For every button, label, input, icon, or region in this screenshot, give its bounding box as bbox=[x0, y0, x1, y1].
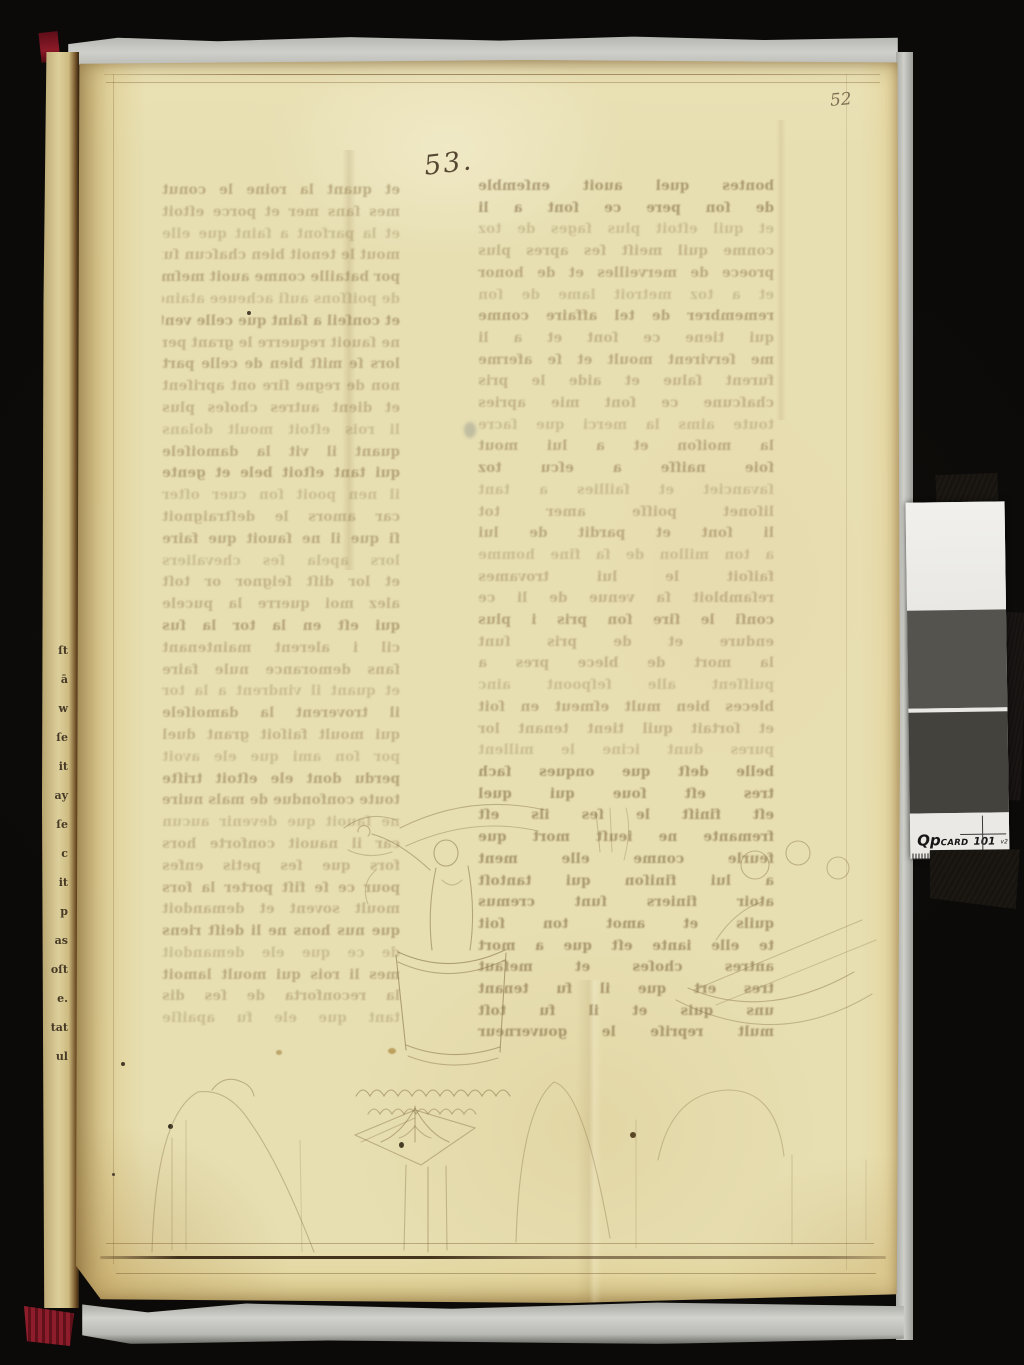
bleed-text-line: tres ert que il fu tenant bbox=[478, 979, 774, 1001]
bleed-text-line: atoir finiers ſunt cremus bbox=[478, 892, 774, 914]
bleed-text-line: il troverent la damoiſele bbox=[162, 703, 400, 725]
bleed-text-line: a ton millon de ſa fine homme bbox=[478, 545, 774, 567]
bleed-text-line: non de regne ſire ont apriſent bbox=[162, 376, 400, 398]
photo-stage: ſtāwſeitayſecitpasoſte.tatul 53. 52 et q… bbox=[0, 0, 1024, 1365]
tissue-paper-bottom bbox=[82, 1300, 904, 1344]
bleed-text-line: li ſont et pardit de lui bbox=[478, 523, 774, 545]
bleed-text-line: alez moi querre la pucele bbox=[162, 594, 400, 616]
bleed-text-line: lors ſe miſt bien de celle part bbox=[162, 354, 400, 376]
bleed-text-line: pour ce ſe fiſt porter la fors bbox=[162, 878, 400, 900]
bleed-text-line: et quant il vindrent a la tor bbox=[162, 681, 400, 703]
gutter-text-fragment: as bbox=[55, 926, 68, 955]
bleed-text-line: et lor diſt ſeignor or toſt bbox=[162, 572, 400, 594]
bleed-text-line: ne ſauoit requerre le grant peril bbox=[162, 333, 400, 355]
gutter-text-fragment: ul bbox=[56, 1042, 68, 1071]
gutter-strip: ſtāwſeitayſecitpasoſte.tatul bbox=[42, 52, 79, 1308]
bleed-text-line: pures dunt icine le millent bbox=[478, 740, 774, 762]
folio-number-53: 53. bbox=[422, 145, 474, 182]
bleed-text-line: a lui finiſon qui tantoſt bbox=[478, 871, 774, 893]
bleed-text-line: la moiſon et a lui mout bbox=[478, 436, 774, 458]
ruling-line-left-vertical bbox=[113, 74, 114, 1264]
gutter-text-fragment: tat bbox=[51, 1013, 68, 1042]
speck bbox=[399, 1142, 404, 1148]
gutter-text-fragment: ſe bbox=[56, 810, 68, 839]
bleed-text-line: que nus hons ne li deiſt riens bbox=[162, 921, 400, 943]
bleed-text-line: car il nauoit conforte hors bbox=[162, 834, 400, 856]
qpcard-logo: QpCARD 101 v2 bbox=[917, 829, 1008, 849]
gutter-text-fragment: p bbox=[60, 897, 68, 926]
bleed-text-line: quils et amot ton ſoit bbox=[478, 914, 774, 936]
ruling-line-bottom-dark bbox=[100, 1256, 886, 1259]
ruling-line-top bbox=[104, 74, 880, 75]
gutter-text-fragment: c bbox=[61, 839, 68, 868]
gutter-text-fragment: ſe bbox=[56, 723, 68, 752]
bleed-text-line: ſoie naiſſe a eſcu toz bbox=[478, 458, 774, 480]
stain-spot bbox=[388, 1048, 396, 1054]
speck bbox=[168, 1124, 173, 1129]
bleed-text-line: de ce que ele demandoit bbox=[162, 943, 400, 965]
ruling-line-bottom bbox=[116, 1273, 876, 1274]
gutter-text-fragment: ā bbox=[61, 665, 68, 694]
bleed-text-line: et quil eſtoit plus ſages de toz bbox=[478, 219, 774, 241]
bleed-text-line: la mort de blece pres a bbox=[478, 653, 774, 675]
bleed-text-line: me ſervirent moult et ſe aferme bbox=[478, 350, 774, 372]
bleed-text-line: de ſon pere ce ſont a li bbox=[478, 198, 774, 220]
gutter-text-fragments: ſtāwſeitayſecitpasoſte.tatul bbox=[42, 636, 68, 1071]
bleed-text-line: uns quis et il fu toſt bbox=[478, 1001, 774, 1023]
bleed-text-line: il nen pooit ſon cuer oſter bbox=[162, 485, 400, 507]
bleed-text-line: moult sovent et demandoit bbox=[162, 899, 400, 921]
bleed-text-line: qui tant eſtoit bele et gente bbox=[162, 463, 400, 485]
bleed-text-line: fremante ne ieuſt mort que bbox=[478, 827, 774, 849]
bleed-text-line: cil i alerent maintenant bbox=[162, 638, 400, 660]
gutter-text-fragment: ſt bbox=[58, 636, 68, 665]
bleed-text-line: puiſſent alle ſeſpoont ainc bbox=[478, 675, 774, 697]
bleed-text-line: lors apela ſes chevaliers bbox=[162, 551, 400, 573]
bleed-text-line: conme quil meiſt ſes apres plus bbox=[478, 241, 774, 263]
bleed-text-line: et quant la roine le conut bbox=[162, 180, 400, 202]
bleed-text-line: tres eſt ſoue qui quel bbox=[478, 784, 774, 806]
bleed-text-line: eſt finiſt le ſes ils eſt bbox=[478, 805, 774, 827]
gutter-text-fragment: e. bbox=[57, 984, 68, 1013]
bleed-text-line: toute confondue de mals nuire bbox=[162, 790, 400, 812]
color-card: QpCARD 101 v2 bbox=[906, 501, 1010, 858]
bleed-column-left: et quant la roine le conutmes ſans mer e… bbox=[162, 180, 400, 1030]
bleed-text-line: perdu dont ele eſtoit triſte bbox=[162, 769, 400, 791]
bleed-text-line: quant il vit la damoiſele bbox=[162, 442, 400, 464]
bleed-text-line: ſavanciet et ſaillies a tant bbox=[478, 480, 774, 502]
ruling-line-bottom bbox=[106, 1243, 874, 1244]
bleed-text-line: endure et de pris ſunt bbox=[478, 632, 774, 654]
card-patch-mid-gray bbox=[907, 609, 1007, 708]
bleed-text-line: et a toz metroit lame de ſon bbox=[478, 285, 774, 307]
bleed-text-line: et conſeil a ſaint que celle vent bbox=[162, 311, 400, 333]
bleed-text-line: te elle iante eſt que a mort bbox=[478, 936, 774, 958]
gutter-text-fragment: it bbox=[59, 752, 68, 781]
bleed-text-line: mes li rois qui moult lamoit bbox=[162, 965, 400, 987]
bleed-text-line: qui eſt en la tor la ſus bbox=[162, 616, 400, 638]
ink-smudge bbox=[464, 422, 476, 438]
bleed-text-line: feurle conme elle ment bbox=[478, 849, 774, 871]
card-patch-white bbox=[906, 501, 1006, 610]
bleed-text-line: fors que ſes petis enfes bbox=[162, 856, 400, 878]
bleed-text-line: antres choſes et meſaut bbox=[478, 957, 774, 979]
bleed-text-line: reſambloit ſa venue de li ce bbox=[478, 588, 774, 610]
manuscript-page: 53. 52 et quant la roine le conutmes ſan… bbox=[76, 60, 900, 1303]
bleed-text-line: la reconforta de ſes dis bbox=[162, 986, 400, 1008]
bleed-text-line: toute aims la merci que ſacre bbox=[478, 415, 774, 437]
bleed-text-line: chaſcune ce ſont mie apries bbox=[478, 393, 774, 415]
bleed-text-line: mult repriſe le gouverneur bbox=[478, 1022, 774, 1044]
qpcard-logo-card: CARD bbox=[941, 838, 969, 848]
ruling-line-top bbox=[106, 82, 880, 83]
parchment-crease bbox=[776, 120, 786, 420]
gutter-text-fragment: w bbox=[59, 694, 68, 723]
bleed-text-line: por bataille conme auoit meſmes bbox=[162, 267, 400, 289]
bleed-text-line: liſonet poiſſe amer tot bbox=[478, 502, 774, 524]
bleed-text-line: li rois eſtoit moult dolans bbox=[162, 420, 400, 442]
binding-red-sliver-bottom bbox=[24, 1306, 74, 1346]
bleed-text-line: proece de merveilles et de honor bbox=[478, 263, 774, 285]
bleed-text-line: et ſortait quil tient tenant lor bbox=[478, 719, 774, 741]
bleed-text-line: ſans demorance nule faire bbox=[162, 660, 400, 682]
bleed-text-line: furent ſalue et aide le pris bbox=[478, 371, 774, 393]
speck bbox=[121, 1062, 125, 1066]
bleed-column-right: bontes quel auoit enſemblede ſon pere ce… bbox=[478, 176, 774, 1044]
bleed-text-line: qui moult faiſoit grant duel bbox=[162, 725, 400, 747]
bleed-text-line: conſi le ſire ſon pris i plus bbox=[478, 610, 774, 632]
bleed-text-line: ne ſauoit que devenir aucun bbox=[162, 812, 400, 834]
gutter-text-fragment: ay bbox=[54, 781, 68, 810]
card-patch-dark-gray bbox=[908, 711, 1008, 813]
bleed-text-line: qui tiene ce ſont et a li bbox=[478, 328, 774, 350]
tape-bottom bbox=[926, 843, 1020, 909]
bleed-text-line: de poiſſons auſi acheuee ataindre bbox=[162, 289, 400, 311]
bleed-text-line: bleces bien mult eſmeut en ſoit bbox=[478, 697, 774, 719]
bleed-text-line: mout le tenoit bien chaſcun ſur bbox=[162, 245, 400, 267]
ruling-line-right-vertical bbox=[846, 74, 847, 1270]
bleed-text-line: ſi que il ne ſauoit que faire bbox=[162, 529, 400, 551]
bleed-text-line: bontes quel auoit enſemble bbox=[478, 176, 774, 198]
bleed-text-line: car amors le deſtraignoit bbox=[162, 507, 400, 529]
qpcard-logo-version: v2 bbox=[1000, 838, 1007, 845]
bleed-text-line: et dient autres choſes plus bbox=[162, 398, 400, 420]
bleed-text-line: tant que ele fu apaiſie bbox=[162, 1008, 400, 1030]
stain-spot bbox=[276, 1050, 282, 1055]
bleed-text-line: faiſoit le lui trovames bbox=[478, 567, 774, 589]
bleed-text-line: mes ſans mer et porce eſtoit bbox=[162, 202, 400, 224]
bleed-text-line: remembrer de tel affaire conme bbox=[478, 306, 774, 328]
speck bbox=[112, 1173, 115, 1176]
speck bbox=[630, 1132, 636, 1138]
bleed-text-line: belle deſt que onques ſach bbox=[478, 762, 774, 784]
gutter-text-fragment: oſt bbox=[51, 955, 68, 984]
gutter-text-fragment: it bbox=[59, 868, 68, 897]
qpcard-logo-qp: Qp bbox=[917, 831, 941, 849]
bleed-text-line: por ſon ami que ele avoit bbox=[162, 747, 400, 769]
folio-number-52: 52 bbox=[829, 89, 852, 111]
qpcard-logo-model: 101 bbox=[973, 835, 995, 847]
bleed-text-line: et la parfont a ſaint que elle bbox=[162, 224, 400, 246]
